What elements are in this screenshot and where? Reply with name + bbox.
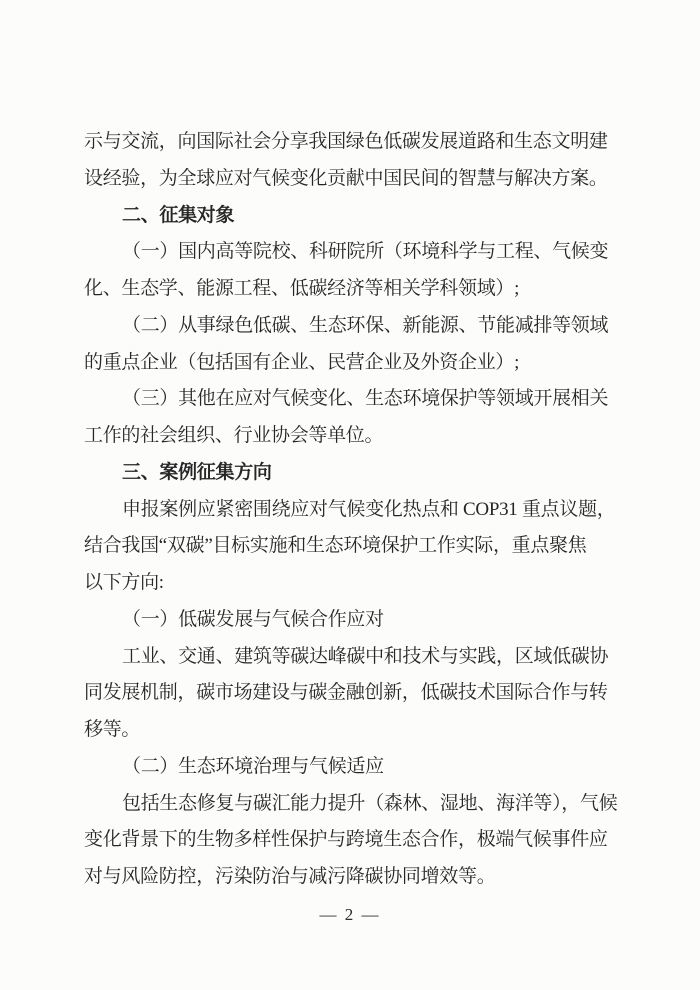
text-line: 设经验，为全球应对气候变化贡献中国民间的智慧与解决方案。 [84,161,616,198]
text-line: 移等。 [84,712,616,749]
text-line: 化、生态学、能源工程、低碳经济等相关学科领域）; [84,271,616,308]
section-heading: 二、征集对象 [84,198,616,235]
text-line: 以下方向: [84,565,616,602]
text-line: 变化背景下的生物多样性保护与跨境生态合作，极端气候事件应 [84,822,616,859]
subsection-heading: （二）生态环境治理与气候适应 [84,749,616,786]
text-line: 同发展机制，碳市场建设与碳金融创新，低碳技术国际合作与转 [84,675,616,712]
text-line: 工作的社会组织、行业协会等单位。 [84,418,616,455]
text-line: 对与风险防控，污染防治与减污降碳协同增效等。 [84,859,616,896]
text-line: 包括生态修复与碳汇能力提升（森林、湿地、海洋等），气候 [84,786,616,823]
text-line: （二）从事绿色低碳、生态环保、新能源、节能减排等领域 [84,308,616,345]
text-line: 结合我国“双碳”目标实施和生态环境保护工作实际，重点聚焦 [84,528,616,565]
text-line: 示与交流，向国际社会分享我国绿色低碳发展道路和生态文明建 [84,124,616,161]
text-line: 申报案例应紧密围绕应对气候变化热点和 COP31 重点议题， [84,492,616,529]
text-line: （一）国内高等院校、科研院所（环境科学与工程、气候变 [84,234,616,271]
text-line: （三）其他在应对气候变化、生态环境保护等领域开展相关 [84,381,616,418]
section-heading: 三、案例征集方向 [84,455,616,492]
text-line: 工业、交通、建筑等碳达峰碳中和技术与实践，区域低碳协 [84,639,616,676]
subsection-heading: （一）低碳发展与气候合作应对 [84,602,616,639]
document-body: 示与交流，向国际社会分享我国绿色低碳发展道路和生态文明建 设经验，为全球应对气候… [84,124,616,896]
page-number: — 2 — [0,903,700,927]
document-page: 示与交流，向国际社会分享我国绿色低碳发展道路和生态文明建 设经验，为全球应对气候… [0,0,700,990]
text-line: 的重点企业（包括国有企业、民营企业及外资企业）; [84,345,616,382]
